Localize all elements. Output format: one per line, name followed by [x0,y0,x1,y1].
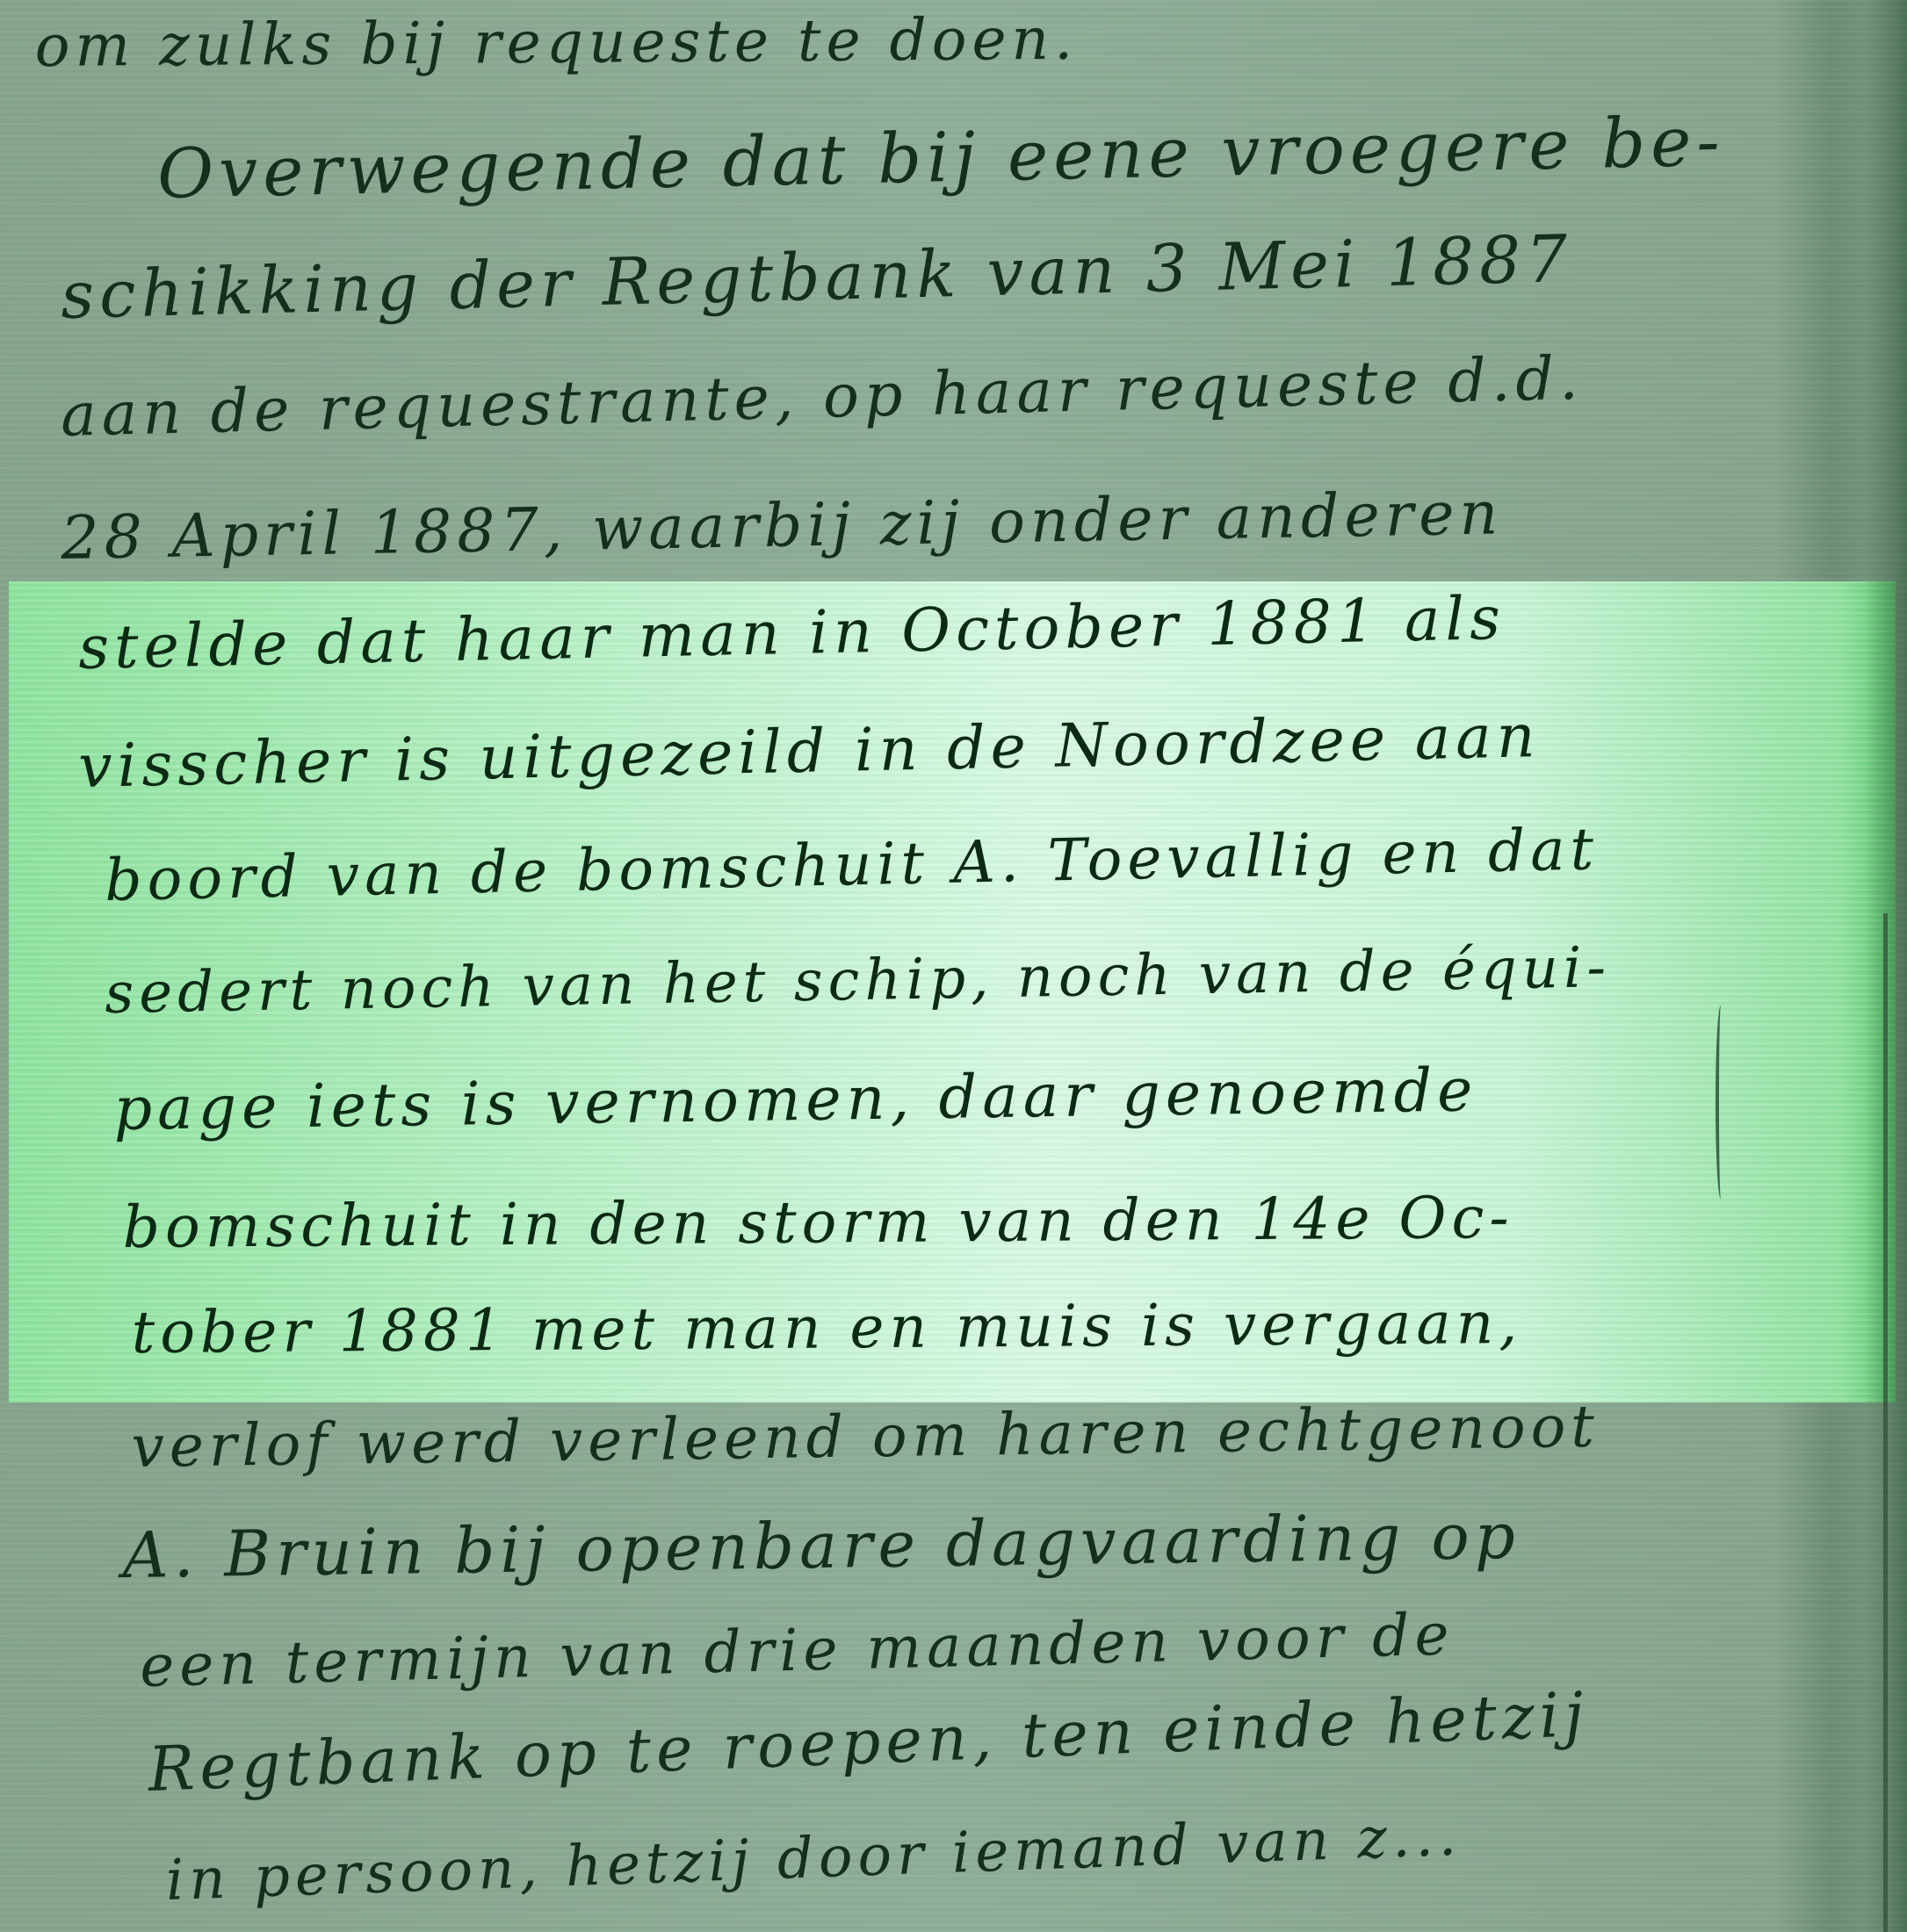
text-line: A. Bruin bij openbare dagvaarding op [122,1504,1521,1587]
text-line: schikking der Regtbank van 3 Mei 1887 [60,227,1573,328]
text-line: aan de requestrante, op haar requeste d.… [60,350,1584,446]
text-line-highlighted: sedert noch van het schip, noch van de é… [105,940,1612,1022]
text-line: een termijn van drie maanden voor de [139,1605,1455,1696]
text-line: in persoon, hetzij door iemand van z... [165,1808,1463,1909]
text-line: Regtbank op te roepen, ten einde hetzij [147,1683,1590,1800]
text-line-highlighted: boord van de bomschuit A. Toevallig en d… [105,820,1600,910]
text-line: verlof werd verleend om haren echtgenoot [131,1398,1600,1476]
text-line: Overwegende dat bij eene vroegere be- [156,108,1725,209]
handwritten-text: om zulks bij requeste te doen. Overwegen… [0,0,1907,1932]
text-line-highlighted: stelde dat haar man in October 1881 als [78,589,1506,679]
text-line-highlighted: page iets is vernomen, daar genoemde [113,1061,1478,1140]
text-line: om zulks bij requeste te doen. [35,11,1079,76]
document-page: om zulks bij requeste te doen. Overwegen… [0,0,1907,1932]
text-line-highlighted: visscher is uitgezeild in de Noordzee aa… [78,707,1542,797]
text-line-highlighted: tober 1881 met man en muis is vergaan, [132,1294,1523,1362]
text-line-highlighted: bomschuit in den storm van den 14e Oc- [123,1189,1514,1257]
text-line: 28 April 1887, waarbij zij onder anderen [61,484,1504,569]
